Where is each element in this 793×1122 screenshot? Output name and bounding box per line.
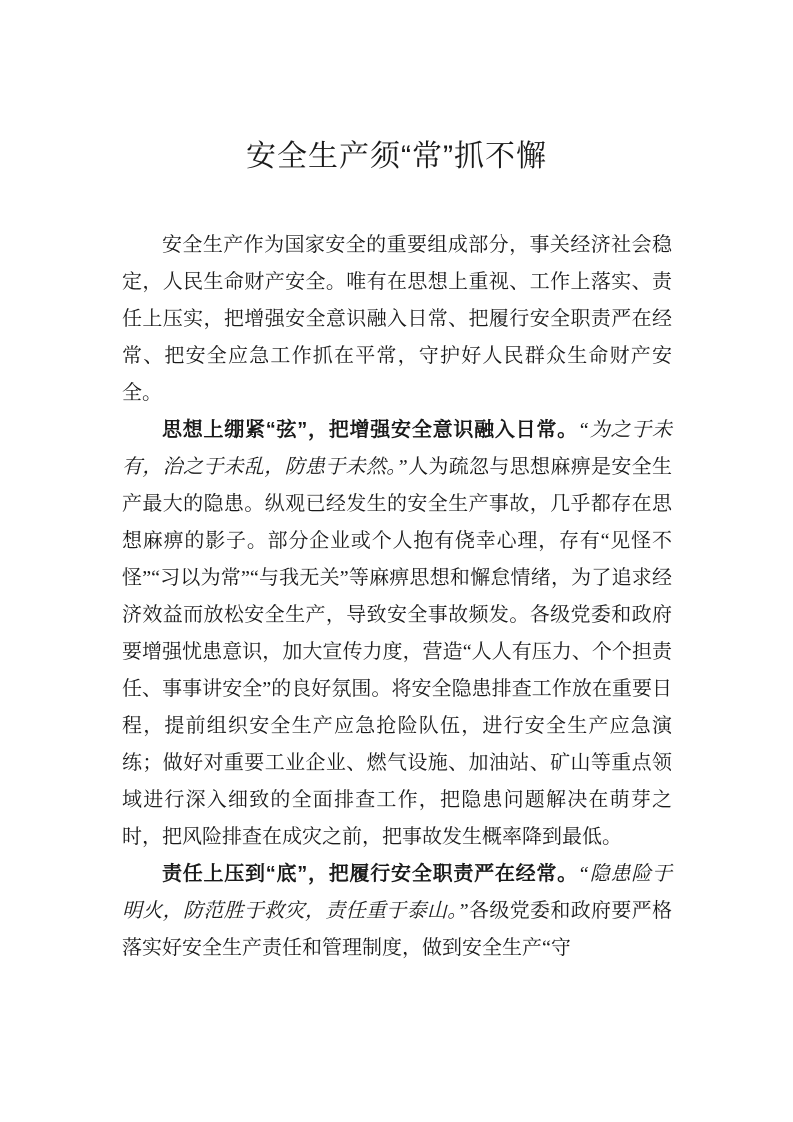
- paragraph-text: 人为疏忽与思想麻痹是安全生产最大的隐患。纵观已经发生的安全生产事故，几乎都存在思…: [122, 456, 672, 848]
- paragraph-text: 安全生产作为国家安全的重要组成部分，事关经济社会稳定，人民生命财产安全。唯有在思…: [122, 234, 672, 404]
- paragraph: 安全生产作为国家安全的重要组成部分，事关经济社会稳定，人民生命财产安全。唯有在思…: [122, 227, 672, 412]
- paragraph-lead: 思想上绷紧“弦”，把增强安全意识融入日常。: [162, 419, 578, 441]
- paragraph-lead: 责任上压到“底”，把履行安全职责严在经常。: [162, 863, 578, 885]
- paragraph: 责任上压到“底”，把履行安全职责严在经常。“隐患险于明火，防范胜于救灾，责任重于…: [122, 856, 672, 967]
- document-page: 安全生产须“常”抓不懈 安全生产作为国家安全的重要组成部分，事关经济社会稳定，人…: [0, 0, 793, 1122]
- paragraph: 思想上绷紧“弦”，把增强安全意识融入日常。“为之于未有，治之于未乱，防患于未然。…: [122, 412, 672, 856]
- document-body: 安全生产作为国家安全的重要组成部分，事关经济社会稳定，人民生命财产安全。唯有在思…: [122, 227, 672, 967]
- document-title: 安全生产须“常”抓不懈: [0, 0, 793, 174]
